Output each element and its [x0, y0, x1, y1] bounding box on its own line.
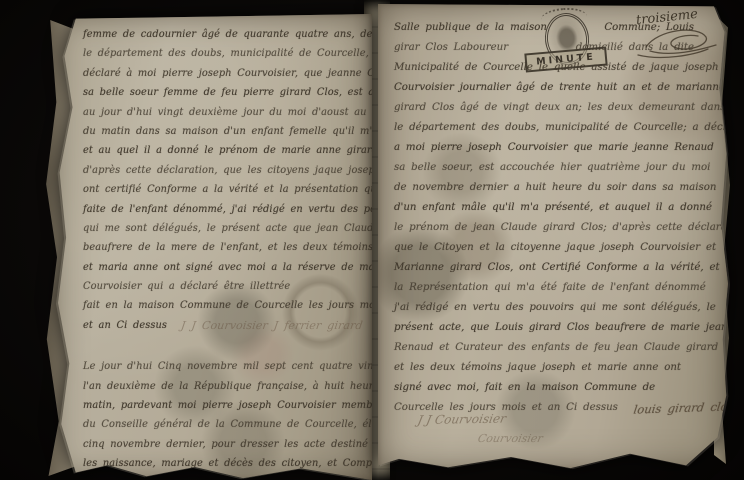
manuscript-line: et au quel il a donné le prénom de marie… — [83, 141, 369, 160]
right-page: MINUTE troisieme Salle publique de la ma… — [378, 4, 728, 470]
manuscript-line: sa belle soeur femme de feu pierre girar… — [83, 83, 369, 102]
manuscript-line: de novembre dernier a huit heure du soir… — [394, 178, 700, 198]
margin-signature: louis girard clo — [632, 396, 729, 419]
manuscript-line: d'un enfant mâle qu'il m'a présenté, et … — [394, 198, 700, 218]
signature: Courvoisier — [477, 432, 544, 445]
manuscript-line: domicilié dans la dite — [576, 38, 694, 58]
manuscript-line: le prénom de jean Claude girard Clos; d'… — [394, 218, 700, 238]
manuscript-line: Municipalité de Courcelle le quelle assi… — [394, 58, 700, 78]
manuscript-line: Marianne girard Clos, ont Certifié Confo… — [394, 258, 700, 278]
left-page-paper: femme de cadournier âgé de quarante quat… — [50, 14, 372, 480]
split-line-around-stamp: girar Clos Laboureur domicilié dans la d… — [394, 38, 694, 58]
manuscript-photo: femme de cadournier âgé de quarante quat… — [0, 0, 744, 480]
right-page-text: Salle publique de la maison Commune; Lou… — [394, 18, 700, 418]
manuscript-line: Courvoisier journalier âgé de trente hui… — [394, 78, 700, 98]
manuscript-line: le département des doubs, municipalité d… — [83, 44, 369, 63]
signature-block: J J Courvoisier Courvoisier — [418, 412, 543, 445]
manuscript-line: que le Citoyen et la citoyenne jaque jos… — [394, 238, 700, 258]
manuscript-line: d'après cette déclaration, que les citoy… — [83, 161, 369, 180]
manuscript-line: la Représentation qui m'a été faite de l… — [394, 278, 700, 298]
manuscript-line: les naissance, mariage et décès des cito… — [83, 454, 369, 473]
manuscript-line: fait en la maison Commune de Courcelle l… — [83, 296, 369, 315]
manuscript-line: Renaud et Curateur des enfants de feu je… — [394, 338, 700, 358]
manuscript-line: femme de cadournier âgé de quarante quat… — [83, 25, 369, 44]
manuscript-line: déclaré à moi pierre joseph Courvoisier,… — [83, 64, 369, 83]
signature: J J Courvoisier — [416, 411, 544, 427]
manuscript-line: beaufrere de la mere de l'enfant, et les… — [83, 238, 369, 257]
manuscript-line: du matin dans sa maison d'un enfant feme… — [83, 122, 369, 141]
manuscript-line: j'ai rédigé en vertu des pouvoirs qui me… — [394, 298, 700, 318]
manuscript-line: et les deux témoins jaque joseph et mari… — [394, 358, 700, 378]
manuscript-line: Salle publique de la maison — [394, 18, 547, 38]
manuscript-line: Courvoisier qui a déclaré être illettrée — [83, 277, 369, 296]
manuscript-line: girar Clos Laboureur — [394, 38, 508, 58]
manuscript-line: et maria anne ont signé avec moi a la ré… — [83, 258, 369, 277]
split-line-around-stamp: Salle publique de la maison Commune; Lou… — [394, 18, 694, 38]
manuscript-line: a moi pierre joseph Courvoisier que mari… — [394, 138, 700, 158]
manuscript-line: et an Ci dessus — [83, 316, 167, 335]
manuscript-line: signé avec moi, fait en la maison Commun… — [394, 378, 700, 398]
manuscript-line: faite de l'enfant dénommé, j'ai rédigé e… — [83, 200, 369, 219]
faded-signatures: J J Courvoisier J ferrier girard — [180, 316, 364, 335]
manuscript-line: Le jour d'hui Cinq novembre mil sept cen… — [83, 357, 369, 376]
manuscript-line: présent acte, que Louis girard Clos beau… — [394, 318, 700, 338]
manuscript-line: Commune; Louis — [604, 18, 694, 38]
manuscript-line: ont certifié Conforme a la vérité et la … — [83, 180, 369, 199]
manuscript-line: au jour d'hui vingt deuxième jour du moi… — [83, 103, 369, 122]
manuscript-line: l'an deuxième de la République française… — [83, 377, 369, 396]
left-page: femme de cadournier âgé de quarante quat… — [50, 14, 372, 480]
manuscript-line: qui me sont délégués, le présent acte qu… — [83, 219, 369, 238]
right-page-paper: MINUTE troisieme Salle publique de la ma… — [378, 4, 728, 470]
manuscript-line: sa belle soeur, est accouchée hier quatr… — [394, 158, 700, 178]
manuscript-line: le département des doubs, municipalité d… — [394, 118, 700, 138]
manuscript-line: cinq novembre dernier, pour dresser les … — [83, 435, 369, 454]
closing-line-with-signatures: et an Ci dessus J J Courvoisier J ferrie… — [83, 316, 369, 335]
manuscript-line: girard Clos âgé de vingt deux an; les de… — [394, 98, 700, 118]
manuscript-line: matin, pardevant moi pierre joseph Courv… — [83, 396, 369, 415]
left-page-text: femme de cadournier âgé de quarante quat… — [83, 25, 369, 474]
manuscript-line: du Conseille général de la Commune de Co… — [83, 415, 369, 434]
